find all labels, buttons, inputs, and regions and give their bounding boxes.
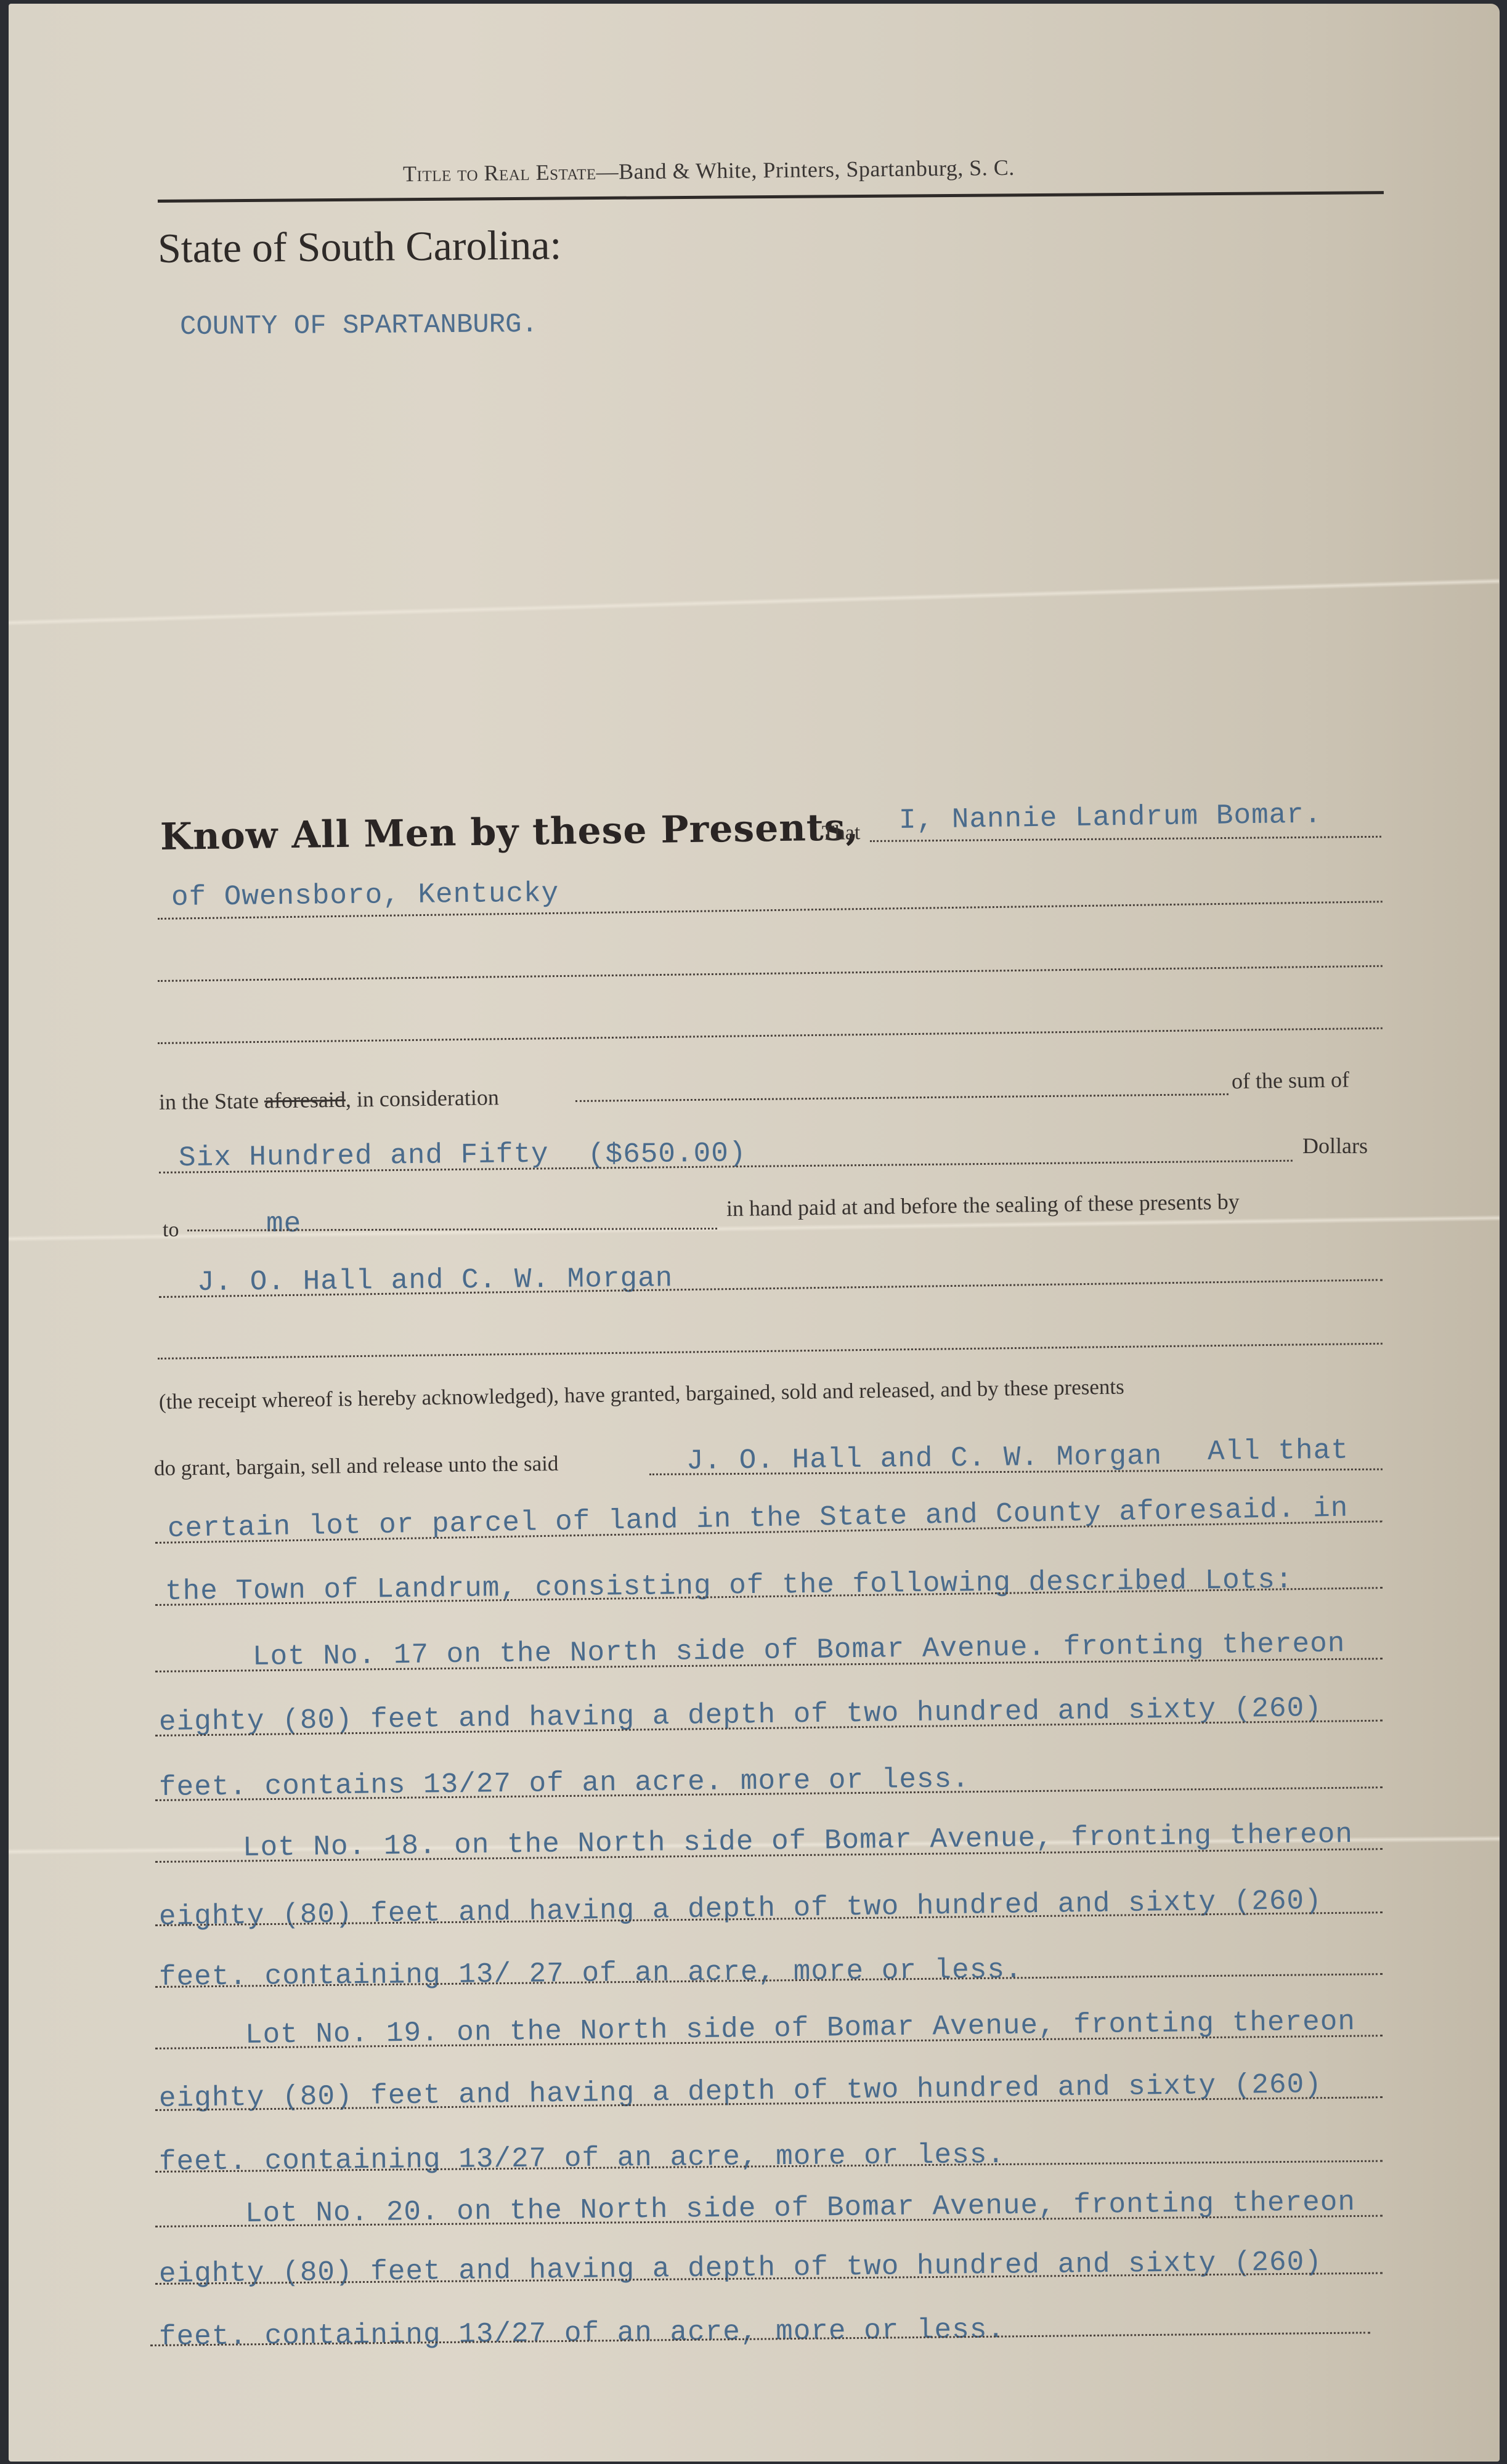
sum-of-label: of the sum of [1232, 1066, 1350, 1094]
lot-20-line-2: eighty (80) feet and having a depth of t… [159, 2246, 1322, 2290]
blank-line [158, 1027, 1383, 1044]
form-title: Title to Real Estate [403, 160, 596, 186]
lot-18-line-3: feet. containing 13/ 27 of an acre, more… [159, 1954, 1023, 1993]
lot-18-line-2: eighty (80) feet and having a depth of t… [159, 1885, 1322, 1933]
blank-line [158, 1343, 1383, 1360]
printer-name: —Band & White, Printers, Spartanburg, S.… [596, 155, 1015, 184]
grantor-line [870, 836, 1381, 842]
that-label: That [822, 821, 861, 845]
to-field: me [266, 1208, 301, 1240]
deed-document: Title to Real Estate—Band & White, Print… [9, 4, 1500, 2462]
lot-18-line-1: Lot No. 18. on the North side of Bomar A… [243, 1818, 1354, 1864]
lot-20-line-3: feet. containing 13/27 of an acre, more … [159, 2314, 1005, 2353]
paid-label: in hand paid at and before the sealing o… [726, 1188, 1240, 1222]
lot-17-line-1: Lot No. 17 on the North side of Bomar Av… [253, 1627, 1346, 1673]
description-line-1: certain lot or parcel of land in the Sta… [168, 1493, 1349, 1545]
lot-17-line-2: eighty (80) feet and having a depth of t… [159, 1692, 1322, 1738]
lot-19-line-3: feet. containing 13/27 of an acre, more … [159, 2139, 1005, 2178]
struck-aforesaid: aforesaid [264, 1087, 346, 1113]
preamble-heading: Know All Men by these Presents, [160, 806, 859, 859]
grantor-field: I, Nannie Landrum Bomar. [899, 798, 1322, 837]
grant-label: do grant, bargain, sell and release unto… [154, 1451, 559, 1481]
state-aforesaid-label: in the State aforesaid, in consideration [159, 1084, 499, 1115]
blank-line [158, 965, 1383, 982]
grantor-residence-field: of Owensboro, Kentucky [171, 877, 559, 914]
header-rule [158, 191, 1384, 203]
receipt-clause: (the receipt whereof is hereby acknowled… [159, 1374, 1124, 1414]
to-label: to [163, 1218, 179, 1242]
state-title: State of South Carolina: [158, 221, 562, 273]
fold-crease [9, 578, 1499, 626]
dollars-label: Dollars [1302, 1133, 1368, 1159]
county-name: COUNTY OF SPARTANBURG. [180, 309, 538, 342]
consideration-line [575, 1093, 1229, 1102]
printer-imprint: Title to Real Estate—Band & White, Print… [403, 155, 1015, 187]
all-that-text: All that [1208, 1435, 1349, 1468]
